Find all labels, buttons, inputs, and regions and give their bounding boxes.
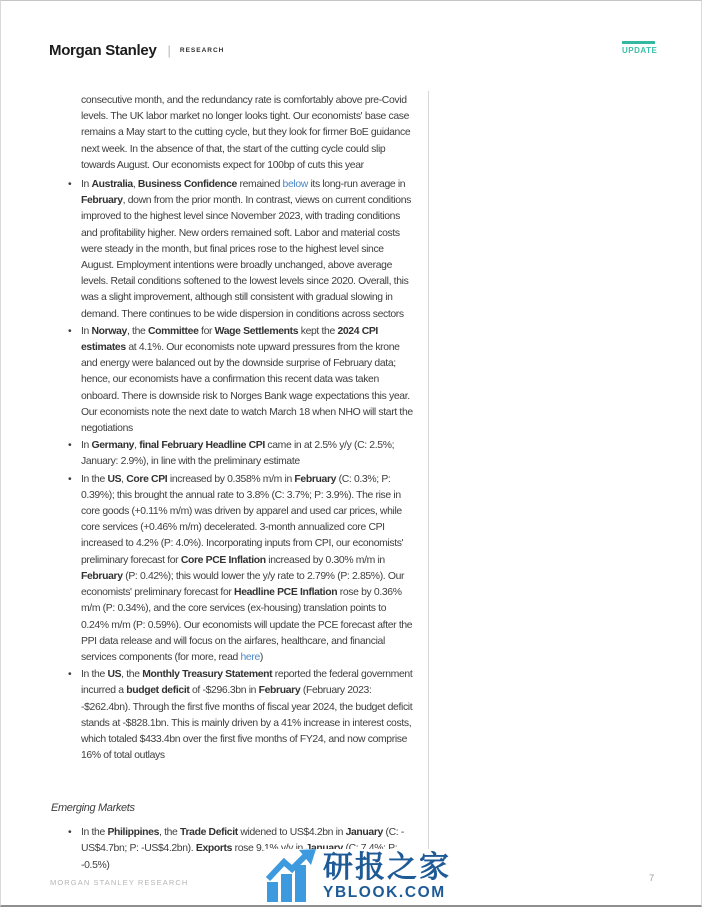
text-run: In	[81, 326, 92, 337]
text-run: Core CPI	[126, 474, 167, 485]
text-run: US	[107, 669, 121, 680]
text-run: )	[260, 652, 263, 663]
text-run: remained	[237, 179, 283, 190]
developed-markets-list: In Australia, Business Confidence remain…	[81, 177, 415, 764]
bullet-item: In Norway, the Committee for Wage Settle…	[81, 324, 415, 437]
text-run: , down from the prior month. In contrast…	[81, 195, 411, 319]
report-body: consecutive month, and the redundancy ra…	[81, 93, 415, 765]
text-run: Committee	[148, 326, 199, 337]
page-number: 7	[649, 873, 654, 884]
text-run: Australia	[92, 179, 133, 190]
emerging-markets-heading: Emerging Markets	[51, 800, 415, 816]
footer-brand: MORGAN STANLEY RESEARCH	[50, 878, 188, 887]
text-run: In the	[81, 669, 107, 680]
update-badge: UPDATE	[622, 41, 655, 55]
header-divider: |	[168, 43, 171, 58]
bullet-item: In the US, the Monthly Treasury Statemen…	[81, 667, 415, 764]
text-run: In the	[81, 474, 107, 485]
text-run: Trade Deficit	[180, 827, 238, 838]
watermark-text: 研报之家 YBLOOK.COM	[323, 852, 451, 903]
report-page: Morgan Stanley | RESEARCH UPDATE consecu…	[0, 0, 702, 907]
text-run: , the	[127, 326, 148, 337]
text-run: Monthly Treasury Statement	[142, 669, 272, 680]
inline-link[interactable]: here	[241, 652, 260, 663]
text-run: widened to US$4.2bn in	[238, 827, 346, 838]
text-run: February	[259, 685, 301, 696]
page-header: Morgan Stanley | RESEARCH	[49, 42, 224, 59]
text-run: increased by 0.358% m/m in	[167, 474, 294, 485]
text-run: Germany	[92, 440, 135, 451]
bullet-item: In Australia, Business Confidence remain…	[81, 177, 415, 323]
text-run: February	[81, 195, 123, 206]
text-run: for	[199, 326, 215, 337]
watermark-chinese-text: 研报之家	[323, 852, 451, 884]
text-run: In the	[81, 827, 107, 838]
watermark: 研报之家 YBLOOK.COM	[265, 849, 451, 902]
text-run: budget deficit	[126, 685, 189, 696]
text-run: final February Headline CPI	[139, 440, 265, 451]
text-run: Core PCE Inflation	[181, 555, 266, 566]
text-run: In	[81, 179, 92, 190]
watermark-domain-text: YBLOOK.COM	[323, 884, 451, 902]
text-run: , the	[121, 669, 142, 680]
text-run: kept the	[298, 326, 337, 337]
bullet-item: In Germany, final February Headline CPI …	[81, 438, 415, 470]
text-run: at 4.1%. Our economists note upward pres…	[81, 342, 413, 434]
header-research-label: RESEARCH	[180, 47, 224, 54]
text-run: its long-run average in	[308, 179, 405, 190]
bar-chart-arrow-icon	[265, 849, 317, 902]
text-run: consecutive month, and the redundancy ra…	[81, 95, 410, 171]
text-run: February	[294, 474, 336, 485]
text-run: Norway	[92, 326, 127, 337]
text-run: Business Confidence	[138, 179, 237, 190]
inline-link[interactable]: below	[283, 179, 308, 190]
text-run: (February 2023: -$262.4bn). Through the …	[81, 685, 412, 761]
update-badge-bar	[622, 41, 655, 44]
text-run: February	[81, 571, 123, 582]
text-run: increased by 0.30% m/m in	[266, 555, 385, 566]
text-run: Philippines	[107, 827, 159, 838]
text-run: January	[346, 827, 383, 838]
text-run: US	[107, 474, 121, 485]
column-divider	[428, 91, 429, 856]
text-run: (C: 0.3%; P: 0.39%); this brought the an…	[81, 474, 403, 566]
text-run: Exports	[196, 843, 232, 854]
bullet-item: In the US, Core CPI increased by 0.358% …	[81, 472, 415, 666]
intro-paragraph: consecutive month, and the redundancy ra…	[81, 93, 415, 174]
text-run: In	[81, 440, 92, 451]
morgan-stanley-logo: Morgan Stanley	[49, 42, 157, 59]
text-run: of -$296.3bn in	[189, 685, 258, 696]
text-run: Wage Settlements	[215, 326, 299, 337]
text-run: Headline PCE Inflation	[234, 587, 337, 598]
text-run: , the	[159, 827, 180, 838]
update-badge-label: UPDATE	[622, 46, 655, 55]
